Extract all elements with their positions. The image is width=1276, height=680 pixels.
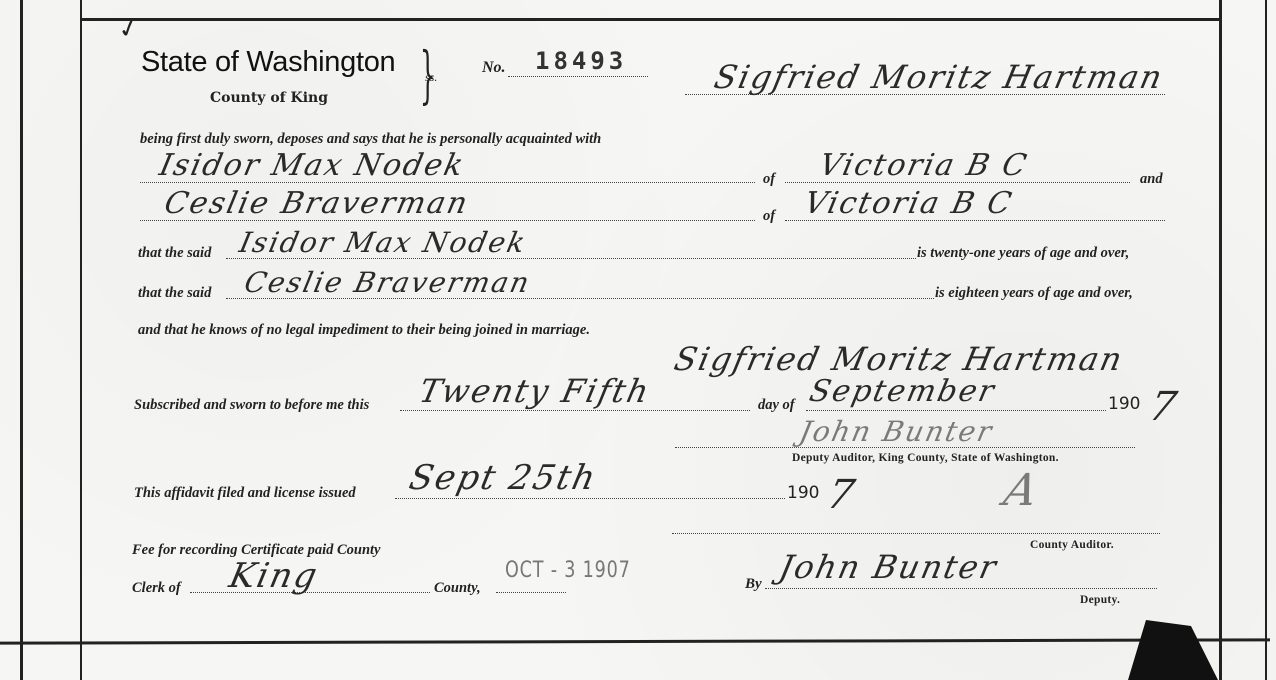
age1-suffix: is twenty-one years of age and over,: [917, 245, 1129, 262]
clerk-of-label: Clerk of: [132, 580, 181, 597]
date-stamp: OCT - 3 1907: [505, 558, 631, 583]
left-outer-border: [20, 0, 23, 680]
county-date-line: [496, 592, 566, 593]
check-mark-icon: ✓: [114, 12, 143, 47]
filed-year-prefix: 190: [787, 483, 819, 503]
filed-date-line: [395, 498, 785, 499]
party2-name: Ceslie Braverman: [161, 186, 472, 221]
age2-suffix: is eighteen years of age and over,: [935, 285, 1133, 302]
binder-tab: [1128, 620, 1218, 680]
sworn-year-prefix: 190: [1108, 394, 1140, 414]
party1-and-label: and: [1140, 171, 1163, 188]
party1-name: Isidor Max Nodek: [156, 148, 468, 183]
clerk-county-name: King: [226, 556, 322, 596]
number-label: No.: [482, 59, 506, 77]
county-label: County,: [434, 580, 481, 597]
right-inner-border: [1219, 0, 1222, 680]
age1-name: Isidor Max Nodek: [236, 226, 529, 259]
certificate-number: 18493: [535, 47, 627, 75]
state-title: State of Washington: [141, 46, 395, 79]
sworn-prefix: Subscribed and sworn to before me this: [134, 397, 369, 414]
sworn-day-line: [400, 410, 750, 411]
sworn-day-of-label: day of: [758, 397, 795, 414]
by-signature-line: [765, 588, 1157, 589]
by-signature: John Bunter: [776, 548, 1001, 586]
affiant-signature: Sigfried Moritz Hartman: [671, 340, 1127, 378]
age1-prefix: that the said: [138, 245, 211, 262]
age2-name: Ceslie Braverman: [241, 266, 533, 299]
deputy-label: Deputy.: [1080, 594, 1120, 606]
party2-residence: Victoria B C: [801, 186, 1016, 221]
filed-prefix: This affidavit filed and license issued: [134, 485, 356, 502]
intro-text: being first duly sworn, deposes and says…: [140, 131, 601, 148]
county-label: County of King: [210, 90, 328, 106]
county-auditor-line: [672, 533, 1160, 534]
impediment-text: and that he knows of no legal impediment…: [138, 322, 590, 339]
right-outer-border: [1265, 0, 1267, 680]
deputy-signature: John Bunter: [796, 415, 996, 448]
number-line: [508, 76, 648, 77]
top-border: [80, 18, 1220, 21]
deputy-title: Deputy Auditor, King County, State of Wa…: [792, 452, 1059, 464]
ss-label: ss.: [425, 70, 437, 85]
bottom-border: [0, 638, 1270, 644]
sworn-day: Twenty Fifth: [416, 372, 654, 410]
county-auditor-label: County Auditor.: [1030, 539, 1114, 551]
sworn-month-line: [806, 410, 1106, 411]
filed-year-suffix: 7: [823, 472, 860, 518]
auditor-seal-mark: A: [1000, 465, 1045, 516]
party2-of-label: of: [763, 208, 775, 225]
filed-date: Sept 25th: [406, 458, 601, 498]
party1-of-label: of: [763, 171, 775, 188]
sworn-month: September: [806, 374, 999, 409]
age2-prefix: that the said: [138, 285, 211, 302]
sworn-year-suffix: 7: [1145, 384, 1182, 430]
document-page: ✓ State of Washington County of King } s…: [0, 0, 1276, 680]
affiant-signature-top: Sigfried Moritz Hartman: [711, 58, 1167, 96]
by-label: By: [745, 576, 762, 593]
left-inner-border: [80, 0, 82, 680]
party1-residence: Victoria B C: [816, 148, 1031, 183]
